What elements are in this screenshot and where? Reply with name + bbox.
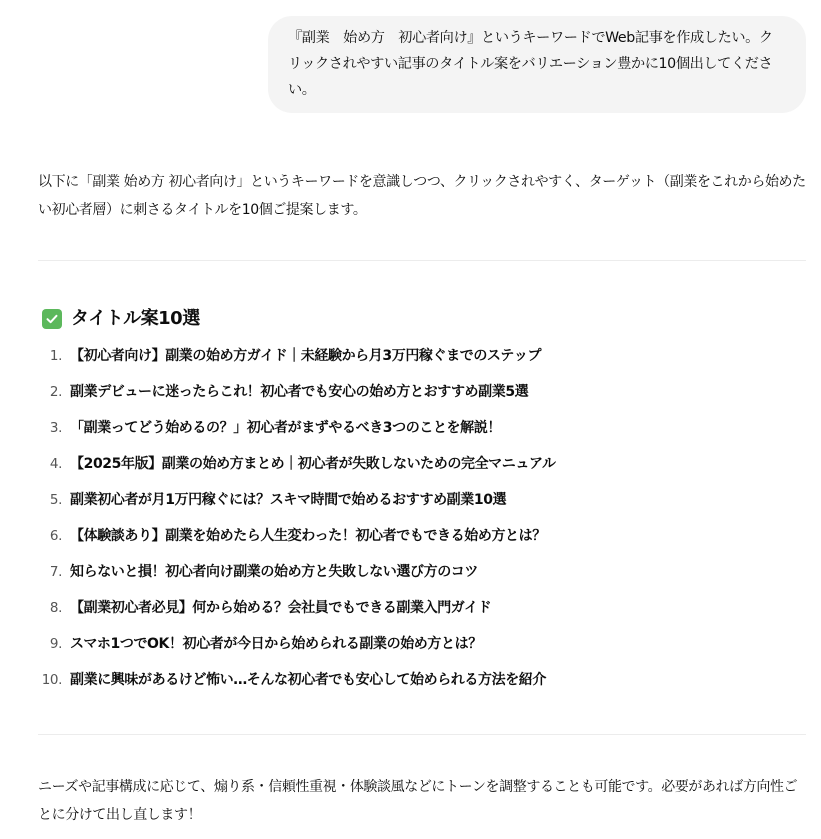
list-item: 1.【初心者向け】副業の始め方ガイド｜未経験から月3万円稼ぐまでのステップ (38, 338, 806, 374)
item-number: 2. (38, 374, 70, 410)
divider (38, 260, 806, 261)
assistant-closing: ニーズや記事構成に応じて、煽り系・信頼性重視・体験談風などにトーンを調整すること… (38, 773, 806, 829)
item-text: スマホ1つでOK！初心者が今日から始められる副業の始め方とは？ (70, 626, 482, 662)
item-text: 副業初心者が月1万円稼ぐには？スキマ時間で始めるおすすめ副業10選 (70, 482, 506, 518)
list-item: 4.【2025年版】副業の始め方まとめ｜初心者が失敗しないための完全マニュアル (38, 446, 806, 482)
list-item: 8.【副業初心者必見】何から始める？会社員でもできる副業入門ガイド (38, 590, 806, 626)
list-item: 9.スマホ1つでOK！初心者が今日から始められる副業の始め方とは？ (38, 626, 806, 662)
section-heading: タイトル案10選 (38, 306, 806, 332)
item-number: 6. (38, 518, 70, 554)
title-list: 1.【初心者向け】副業の始め方ガイド｜未経験から月3万円稼ぐまでのステップ 2.… (38, 338, 806, 698)
item-text: 【2025年版】副業の始め方まとめ｜初心者が失敗しないための完全マニュアル (70, 446, 556, 482)
list-item: 3.「副業ってどう始めるの？」初心者がまずやるべき3つのことを解説！ (38, 410, 806, 446)
item-number: 5. (38, 482, 70, 518)
item-number: 1. (38, 338, 70, 374)
user-message-bubble: 『副業 始め方 初心者向け』というキーワードでWeb記事を作成したい。クリックさ… (268, 16, 806, 113)
item-number: 8. (38, 590, 70, 626)
check-mark-button-icon (42, 309, 62, 329)
assistant-message: 以下に「副業 始め方 初心者向け」というキーワードを意識しつつ、クリックされやす… (38, 168, 806, 829)
item-text: 副業デビューに迷ったらこれ！初心者でも安心の始め方とおすすめ副業5選 (70, 374, 528, 410)
item-text: 知らないと損！初心者向け副業の始め方と失敗しない選び方のコツ (70, 554, 478, 590)
user-message-row: 『副業 始め方 初心者向け』というキーワードでWeb記事を作成したい。クリックさ… (268, 16, 806, 113)
item-text: 【体験談あり】副業を始めたら人生変わった！初心者でもできる始め方とは？ (70, 518, 546, 554)
section-title: タイトル案10選 (71, 306, 200, 332)
item-number: 3. (38, 410, 70, 446)
item-text: 副業に興味があるけど怖い…そんな初心者でも安心して始められる方法を紹介 (70, 662, 546, 698)
list-item: 5.副業初心者が月1万円稼ぐには？スキマ時間で始めるおすすめ副業10選 (38, 482, 806, 518)
list-item: 10.副業に興味があるけど怖い…そんな初心者でも安心して始められる方法を紹介 (38, 662, 806, 698)
item-number: 7. (38, 554, 70, 590)
item-text: 【副業初心者必見】何から始める？会社員でもできる副業入門ガイド (70, 590, 491, 626)
item-number: 4. (38, 446, 70, 482)
list-item: 7.知らないと損！初心者向け副業の始め方と失敗しない選び方のコツ (38, 554, 806, 590)
item-text: 【初心者向け】副業の始め方ガイド｜未経験から月3万円稼ぐまでのステップ (70, 338, 541, 374)
item-number: 9. (38, 626, 70, 662)
list-item: 6.【体験談あり】副業を始めたら人生変わった！初心者でもできる始め方とは？ (38, 518, 806, 554)
item-text: 「副業ってどう始めるの？」初心者がまずやるべき3つのことを解説！ (70, 410, 501, 446)
item-number: 10. (38, 662, 70, 698)
list-item: 2.副業デビューに迷ったらこれ！初心者でも安心の始め方とおすすめ副業5選 (38, 374, 806, 410)
assistant-intro: 以下に「副業 始め方 初心者向け」というキーワードを意識しつつ、クリックされやす… (38, 168, 806, 224)
divider (38, 734, 806, 735)
